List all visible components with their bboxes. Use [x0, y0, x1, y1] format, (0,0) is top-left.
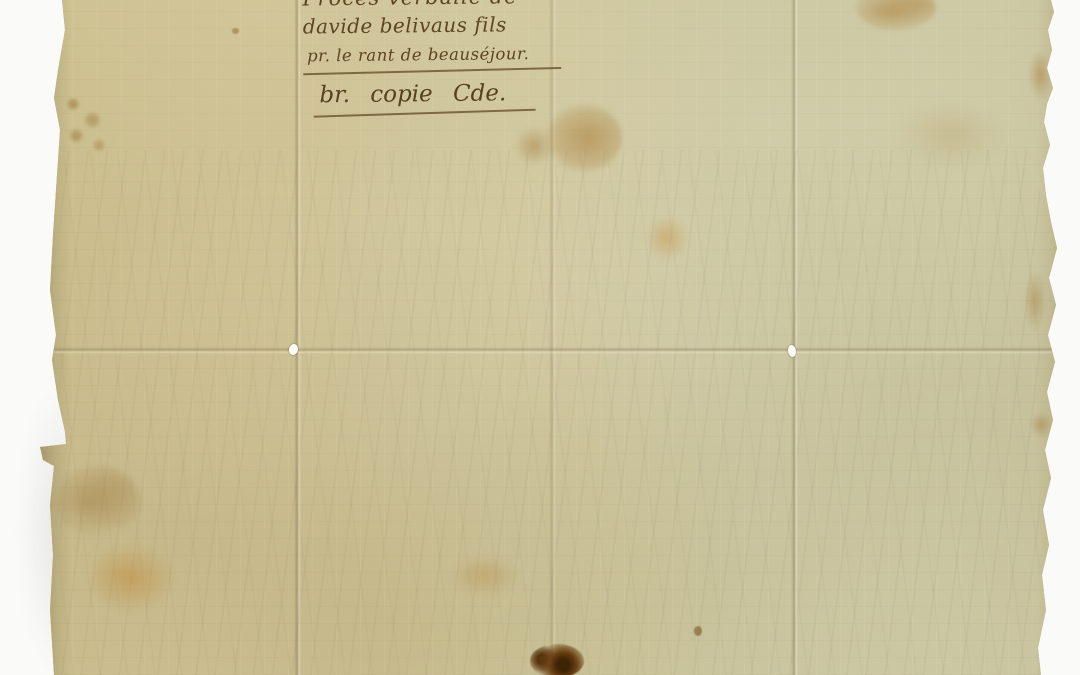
fold-crease-vertical-right — [791, 0, 798, 675]
right-edge-shading — [1036, 0, 1064, 675]
stain-left-speckles — [54, 84, 118, 156]
fold-crease-vertical-left — [294, 0, 301, 675]
stain-middle-orange — [646, 218, 688, 262]
handwriting-block: Procès verballe de davide belivaus fils … — [302, 0, 583, 115]
ink-blot — [530, 644, 584, 675]
handwriting-line-4: br. copie Cde. — [303, 78, 583, 112]
handwriting-line-2: davide belivaus fils — [303, 9, 583, 43]
stain-top-center — [546, 104, 622, 172]
manuscript-paper: Procès verballe de davide belivaus fils … — [0, 0, 1080, 675]
stain-right-edge-lower — [1030, 412, 1052, 438]
stain-right-faint — [896, 102, 1006, 168]
stain-right-edge-upper — [1028, 50, 1052, 100]
stain-left-middle — [56, 466, 140, 538]
stain-top-center-lobe — [514, 126, 554, 166]
fold-crease-horizontal — [0, 347, 1080, 354]
stain-right-edge-middle — [1024, 270, 1046, 332]
stain-speck-lower-center — [694, 626, 702, 636]
stain-left-lower — [92, 544, 176, 612]
stain-bottom-center — [450, 555, 520, 597]
stain-speck-upper-left — [232, 28, 239, 34]
handwriting-line-3: pr. le rant de beauséjour. — [303, 40, 583, 70]
